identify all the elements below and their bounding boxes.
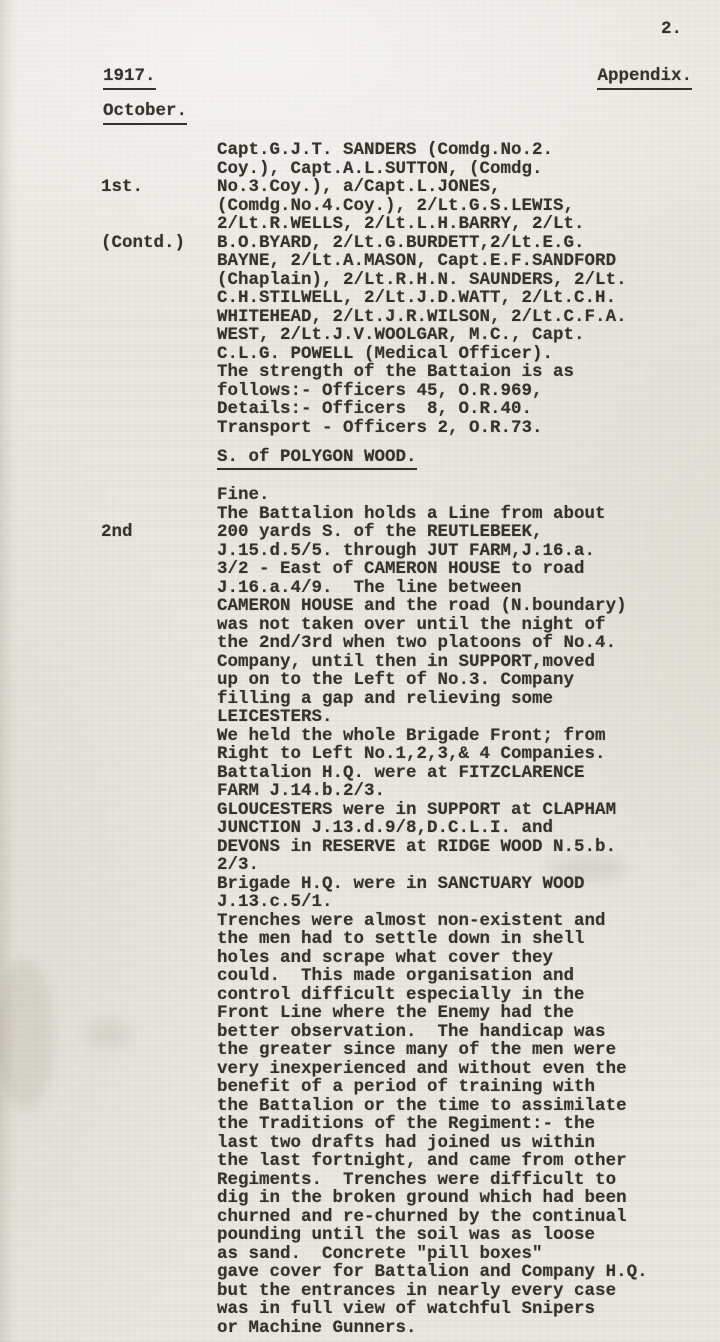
text-line: the last fortnight, and came from other [217,1152,677,1171]
text-line: Right to Left No.1,2,3,& 4 Companies. [217,745,677,764]
month-heading: October. [103,102,187,125]
text-line: or Machine Gunners. [217,1319,677,1338]
text-line: BAYNE, 2/Lt.A.MASON, Capt.E.F.SANDFORD [217,252,677,271]
text-line: control difficult especially in the [217,986,677,1005]
text-line: B.O.BYARD, 2/Lt.G.BURDETT,2/Lt.E.G. [217,234,677,253]
text-line: Coy.), Capt.A.L.SUTTON, (Comdg. [217,160,677,179]
text-line: WHITEHEAD, 2/Lt.J.R.WILSON, 2/Lt.C.F.A. [217,308,677,327]
text-line: benefit of a period of training with [217,1078,677,1097]
text-line: was in full view of watchful Snipers [217,1300,677,1319]
text-line: better observation. The handicap was [217,1023,677,1042]
text-line: but the entrances in nearly every case [217,1282,677,1301]
text-line: as sand. Concrete "pill boxes" [217,1245,677,1264]
text-line: GLOUCESTERS were in SUPPORT at CLAPHAM [217,801,677,820]
text-line: The strength of the Battaion is as [217,363,677,382]
text-line: The Battalion holds a Line from about [217,505,677,524]
text-line: Details:- Officers 8, O.R.40. [217,400,677,419]
entry-body: Capt.G.J.T. SANDERS (Comdg.No.2.Coy.), C… [217,141,677,437]
appendix-label: Appendix. [597,67,692,90]
text-line: No.3.Coy.), a/Capt.L.JONES, [217,178,677,197]
text-line: could. This made organisation and [217,967,677,986]
text-line: the Traditions of the Regiment:- the [217,1115,677,1134]
text-line: Fine. [217,486,677,505]
page-number: 2. [661,20,682,39]
text-line: 200 yards S. of the REUTLEBEEK, [217,523,677,542]
entry-body: Fine.The Battalion holds a Line from abo… [217,486,677,1337]
text-line: dig in the broken ground which had been [217,1189,677,1208]
text-line: holes and scrape what cover they [217,949,677,968]
text-line: pounding until the soil was as loose [217,1226,677,1245]
text-line: Battalion H.Q. were at FITZCLARENCE [217,764,677,783]
text-line: J.13.c.5/1. [217,893,677,912]
text-line: Company, until then in SUPPORT,moved [217,653,677,672]
text-line: the greater since many of the men were [217,1041,677,1060]
text-line: last two drafts had joined us within [217,1134,677,1153]
text-line: very inexperienced and without even the [217,1060,677,1079]
entry-date: 2nd [101,486,164,579]
text-line: Capt.G.J.T. SANDERS (Comdg.No.2. [217,141,677,160]
paper-smudge [0,960,54,1110]
text-line: C.H.STILWELL, 2/Lt.J.D.WATT, 2/Lt.C.H. [217,289,677,308]
text-line: C.L.G. POWELL (Medical Officer). [217,345,677,364]
text-line: WEST, 2/Lt.J.V.WOOLGAR, M.C., Capt. [217,326,677,345]
text-line: (Chaplain), 2/Lt.R.H.N. SAUNDERS, 2/Lt. [217,271,677,290]
text-line: churned and re-churned by the continual [217,1208,677,1227]
text-line: CAMERON HOUSE and the road (N.boundary) [217,597,677,616]
text-line: J.15.d.5/5. through JUT FARM,J.16.a. [217,542,677,561]
text-line: Front Line where the Enemy had the [217,1004,677,1023]
text-line: (Comdg.No.4.Coy.), 2/Lt.G.S.LEWIS, [217,197,677,216]
text-line: DEVONS in RESERVE at RIDGE WOOD N.5.b. [217,838,677,857]
text-line: Transport - Officers 2, O.R.73. [217,419,677,438]
text-line: was not taken over until the night of [217,616,677,635]
text-line: J.16.a.4/9. The line between [217,579,677,598]
text-line: 2/3. [217,856,677,875]
paper-smudge [86,1020,132,1048]
text-line: JUNCTION J.13.d.9/8,D.C.L.I. and [217,819,677,838]
year-heading: 1917. [103,67,156,90]
text-line: We held the whole Brigade Front; from [217,727,677,746]
diary-page-scan: 2. 1917. Appendix. October. 1st. (Contd.… [0,0,720,1342]
text-line: the 2nd/3rd when two platoons of No.4. [217,634,677,653]
entry-date-day: 1st. [101,178,185,197]
text-line: gave cover for Battalion and Company H.Q… [217,1263,677,1282]
section-heading: S. of POLYGON WOOD. [217,448,417,470]
text-line: LEICESTERS. [217,708,677,727]
text-line: the Battalion or the time to assimilate [217,1097,677,1116]
paper-edge-shadow [0,0,16,1342]
text-line: 3/2 - East of CAMERON HOUSE to road [217,560,677,579]
text-line: Trenches were almost non-existent and [217,912,677,931]
text-line: up on to the Left of No.3. Company [217,671,677,690]
entry-date: 1st. (Contd.) [101,141,185,289]
text-line: the men had to settle down in shell [217,930,677,949]
text-line: 2/Lt.R.WELLS, 2/Lt.L.H.BARRY, 2/Lt. [217,215,677,234]
text-line: Brigade H.Q. were in SANCTUARY WOOD [217,875,677,894]
text-line: filling a gap and relieving some [217,690,677,709]
text-line: FARM J.14.b.2/3. [217,782,677,801]
text-line: Regiments. Trenches were difficult to [217,1171,677,1190]
entry-date-contd: (Contd.) [101,234,185,253]
entry-date-day: 2nd [101,523,164,542]
text-line: follows:- Officers 45, O.R.969, [217,382,677,401]
